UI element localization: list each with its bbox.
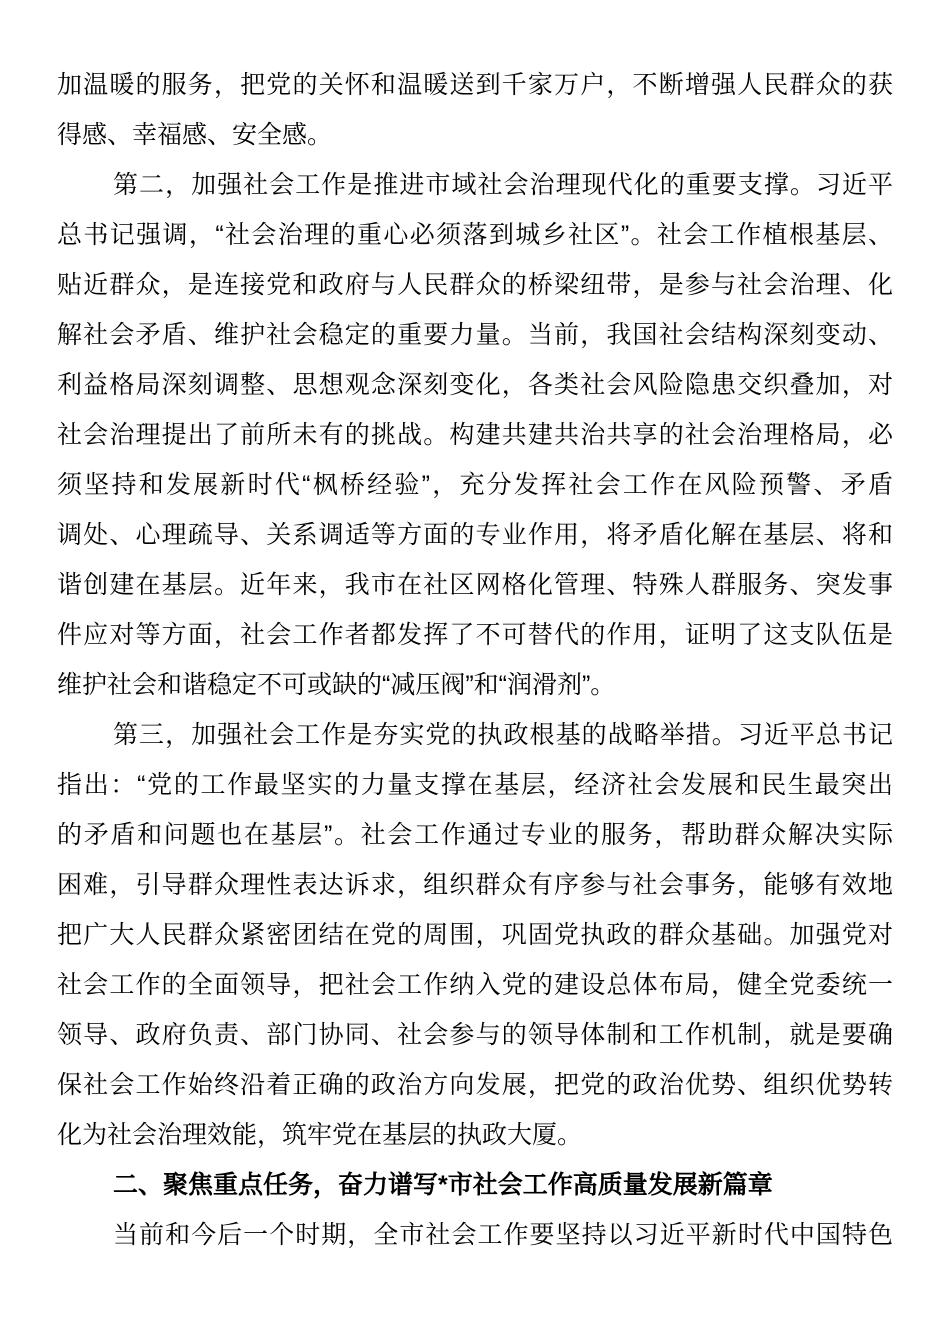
text-line: 件应对等方面，社会工作者都发挥了不可替代的作用，证明了这支队伍是 (57, 610, 893, 660)
text-line: 把广大人民群众紧密团结在党的周围，巩固党执政的群众基础。加强党对 (57, 910, 893, 960)
text-line: 解社会矛盾、维护社会稳定的重要力量。当前，我国社会结构深刻变动、 (57, 310, 893, 360)
paragraph-start-line: 第二，加强社会工作是推进市域社会治理现代化的重要支撑。习近平 (57, 160, 893, 210)
text-line: 化为社会治理效能，筑牢党在基层的执政大厦。 (57, 1110, 893, 1160)
document-page: 加温暖的服务，把党的关怀和温暖送到千家万户，不断增强人民群众的获得感、幸福感、安… (0, 0, 950, 1344)
text-line: 社会治理提出了前所未有的挑战。构建共建共治共享的社会治理格局，必 (57, 410, 893, 460)
section-2-heading: 二、聚焦重点任务，奋力谱写*市社会工作高质量发展新篇章 (57, 1160, 893, 1210)
text-line: 谐创建在基层。近年来，我市在社区网格化管理、特殊人群服务、突发事 (57, 560, 893, 610)
text-line: 加温暖的服务，把党的关怀和温暖送到千家万户，不断增强人民群众的获 (57, 60, 893, 110)
text-line: 困难，引导群众理性表达诉求，组织群众有序参与社会事务，能够有效地 (57, 860, 893, 910)
text-line: 总书记强调，“社会治理的重心必须落到城乡社区”。社会工作植根基层、 (57, 210, 893, 260)
text-line: 的矛盾和问题也在基层”。社会工作通过专业的服务，帮助群众解决实际 (57, 810, 893, 860)
text-line: 利益格局深刻调整、思想观念深刻变化，各类社会风险隐患交织叠加，对 (57, 360, 893, 410)
text-line: 得感、幸福感、安全感。 (57, 110, 893, 160)
text-line: 调处、心理疏导、关系调适等方面的专业作用，将矛盾化解在基层、将和 (57, 510, 893, 560)
text-line: 保社会工作始终沿着正确的政治方向发展，把党的政治优势、组织优势转 (57, 1060, 893, 1110)
paragraph-start-line: 第三，加强社会工作是夯实党的执政根基的战略举措。习近平总书记 (57, 710, 893, 760)
text-line: 指出：“党的工作最坚实的力量支撑在基层，经济社会发展和民生最突出 (57, 760, 893, 810)
paragraph-start-line: 当前和今后一个时期，全市社会工作要坚持以习近平新时代中国特色 (57, 1210, 893, 1260)
text-line: 须坚持和发展新时代“枫桥经验”，充分发挥社会工作在风险预警、矛盾 (57, 460, 893, 510)
text-line: 社会工作的全面领导，把社会工作纳入党的建设总体布局，健全党委统一 (57, 960, 893, 1010)
text-line: 贴近群众，是连接党和政府与人民群众的桥梁纽带，是参与社会治理、化 (57, 260, 893, 310)
text-line: 领导、政府负责、部门协同、社会参与的领导体制和工作机制，就是要确 (57, 1010, 893, 1060)
text-line: 维护社会和谐稳定不可或缺的“减压阀”和“润滑剂”。 (57, 660, 893, 710)
document-text-block: 加温暖的服务，把党的关怀和温暖送到千家万户，不断增强人民群众的获得感、幸福感、安… (57, 60, 893, 1260)
